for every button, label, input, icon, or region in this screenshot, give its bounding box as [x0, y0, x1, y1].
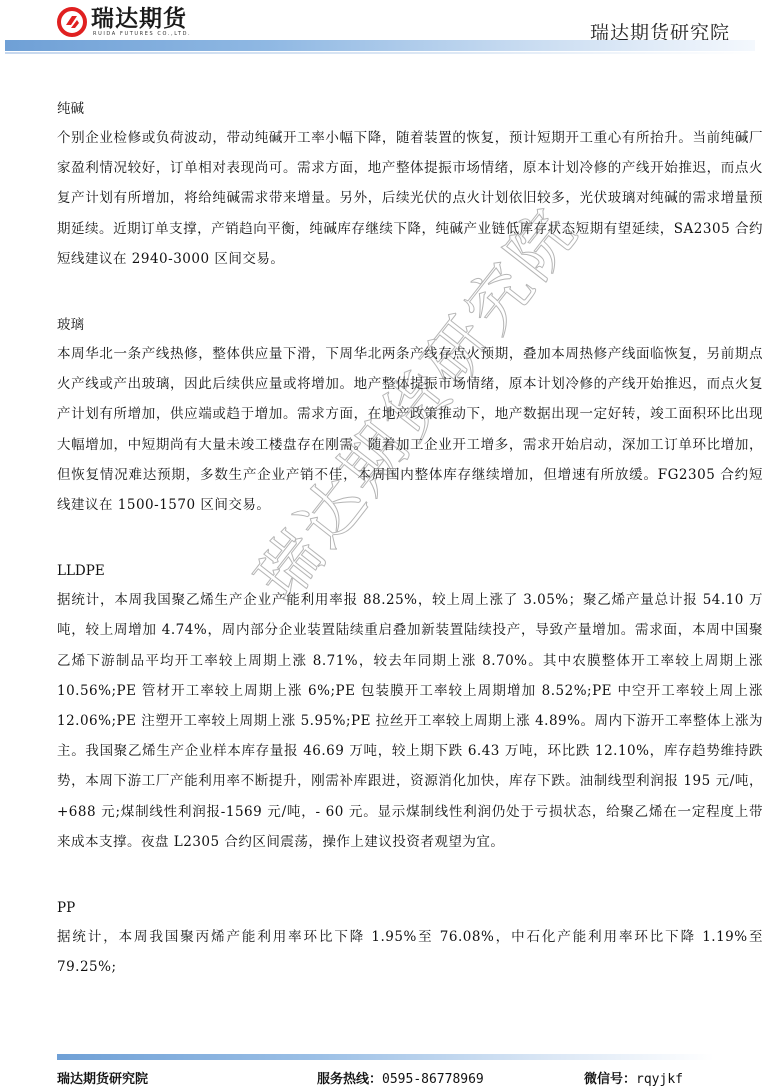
page-header: 瑞达期货 RUIDA FUTURES CO.,LTD. 瑞达期货研究院 — [0, 0, 770, 60]
section-title: PP — [57, 897, 763, 919]
ruida-logo-icon — [57, 7, 87, 37]
section-paragraph: 本周华北一条产线热修，整体供应量下滑，下周华北两条产线存点火预期，叠加本周热修产… — [57, 339, 763, 520]
footer-gradient-bar — [57, 1054, 714, 1060]
section-title: LLDPE — [57, 560, 763, 582]
page-footer: 瑞达期货研究院 服务热线：0595-86778969 微信号：rqyjkf — [57, 1068, 737, 1088]
section-paragraph: 据统计，本周我国聚丙烯产能利用率环比下降 1.95%至 76.08%，中石化产能… — [57, 922, 763, 982]
hotline-number: 0595-86778969 — [382, 1072, 484, 1087]
wechat-id: rqyjkf — [636, 1072, 683, 1087]
header-gradient-bar — [5, 40, 755, 51]
section-soda-ash: 纯碱 个别企业检修或负荷波动，带动纯碱开工率小幅下降，随着装置的恢复，预计短期开… — [57, 98, 763, 274]
section-title: 玻璃 — [57, 314, 763, 336]
company-logo: 瑞达期货 RUIDA FUTURES CO.,LTD. — [57, 5, 191, 39]
section-pp: PP 据统计，本周我国聚丙烯产能利用率环比下降 1.95%至 76.08%，中石… — [57, 897, 763, 982]
hotline-label: 服务热线： — [317, 1072, 382, 1087]
report-body: 纯碱 个别企业检修或负荷波动，带动纯碱开工率小幅下降，随着装置的恢复，预计短期开… — [57, 98, 763, 1022]
footer-wechat: 微信号：rqyjkf — [584, 1068, 683, 1087]
footer-org: 瑞达期货研究院 — [57, 1068, 148, 1087]
section-paragraph: 个别企业检修或负荷波动，带动纯碱开工率小幅下降，随着装置的恢复，预计短期开工重心… — [57, 123, 763, 274]
section-title: 纯碱 — [57, 98, 763, 120]
logo-english-name: RUIDA FUTURES CO.,LTD. — [93, 31, 191, 38]
logo-chinese-name: 瑞达期货 — [91, 7, 191, 31]
footer-hotline: 服务热线：0595-86778969 — [317, 1068, 484, 1087]
section-glass: 玻璃 本周华北一条产线热修，整体供应量下滑，下周华北两条产线存点火预期，叠加本周… — [57, 314, 763, 520]
wechat-label: 微信号： — [584, 1072, 636, 1087]
header-divider — [5, 52, 755, 54]
section-lldpe: LLDPE 据统计，本周我国聚乙烯生产企业产能利用率报 88.25%，较上周上涨… — [57, 560, 763, 857]
section-paragraph: 据统计，本周我国聚乙烯生产企业产能利用率报 88.25%，较上周上涨了 3.05… — [57, 585, 763, 857]
